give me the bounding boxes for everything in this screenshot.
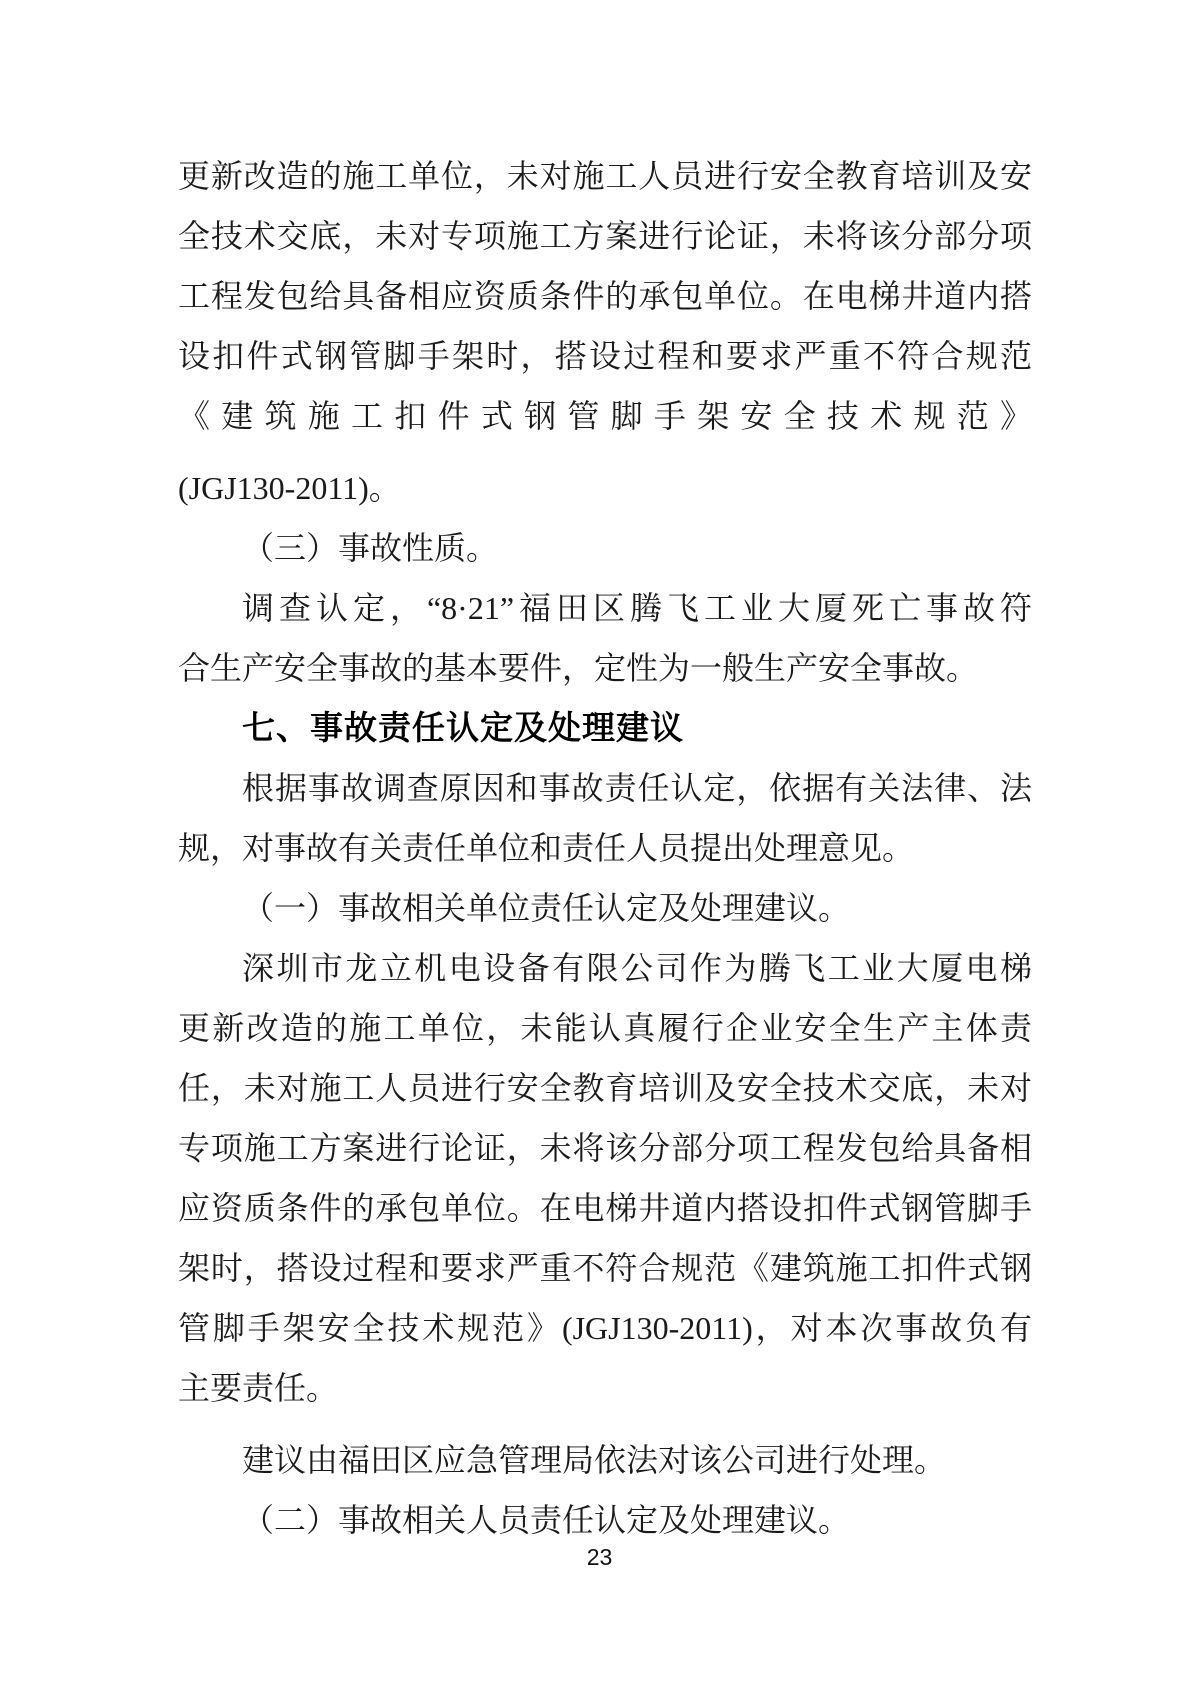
doc-line: 规，对事故有关责任单位和责任人员提出处理意见。 (178, 818, 1032, 878)
doc-line: 专项施工方案进行论证，未将该分部分项工程发包给具备相 (178, 1118, 1032, 1178)
doc-line: 合生产安全事故的基本要件，定性为一般生产安全事故。 (178, 638, 1032, 698)
doc-line: (JGJ130-2011)。 (178, 458, 1032, 518)
doc-line-book-title: 《建筑施工扣件式钢管脚手架安全技术规范》 (178, 386, 1032, 446)
document-page: { "doc": { "lines": [ "更新改造的施工单位，未对施工人员进… (0, 0, 1199, 1696)
doc-line: 主要责任。 (178, 1358, 1032, 1418)
page-number: 23 (0, 1542, 1199, 1572)
doc-line: 任，未对施工人员进行安全教育培训及安全技术交底，未对 (178, 1058, 1032, 1118)
doc-line: 根据事故调查原因和事故责任认定，依据有关法律、法 (178, 758, 1032, 818)
doc-line: 深圳市龙立机电设备有限公司作为腾飞工业大厦电梯 (178, 938, 1032, 998)
doc-line-subsection: （三）事故性质。 (178, 518, 1032, 578)
doc-line: 更新改造的施工单位，未对施工人员进行安全教育培训及安 (178, 146, 1032, 206)
doc-line: 架时，搭设过程和要求严重不符合规范《建筑施工扣件式钢 (178, 1238, 1032, 1298)
doc-line: 设扣件式钢管脚手架时，搭设过程和要求严重不符合规范 (178, 326, 1032, 386)
doc-line: 应资质条件的承包单位。在电梯井道内搭设扣件式钢管脚手 (178, 1178, 1032, 1238)
section-heading: 七、事故责任认定及处理建议 (178, 698, 1032, 758)
doc-line-subsection: （二）事故相关人员责任认定及处理建议。 (178, 1490, 1032, 1550)
doc-line: 管脚手架安全技术规范》(JGJ130-2011)，对本次事故负有 (178, 1298, 1032, 1358)
document-body: 更新改造的施工单位，未对施工人员进行安全教育培训及安 全技术交底，未对专项施工方… (178, 146, 1032, 1550)
doc-line-subsection: （一）事故相关单位责任认定及处理建议。 (178, 878, 1032, 938)
doc-line: 建议由福田区应急管理局依法对该公司进行处理。 (178, 1430, 1032, 1490)
doc-line: 全技术交底，未对专项施工方案进行论证，未将该分部分项 (178, 206, 1032, 266)
doc-line: 更新改造的施工单位，未能认真履行企业安全生产主体责 (178, 998, 1032, 1058)
doc-line: 工程发包给具备相应资质条件的承包单位。在电梯井道内搭 (178, 266, 1032, 326)
doc-line: 调查认定，“8·21”福田区腾飞工业大厦死亡事故符 (178, 578, 1032, 638)
